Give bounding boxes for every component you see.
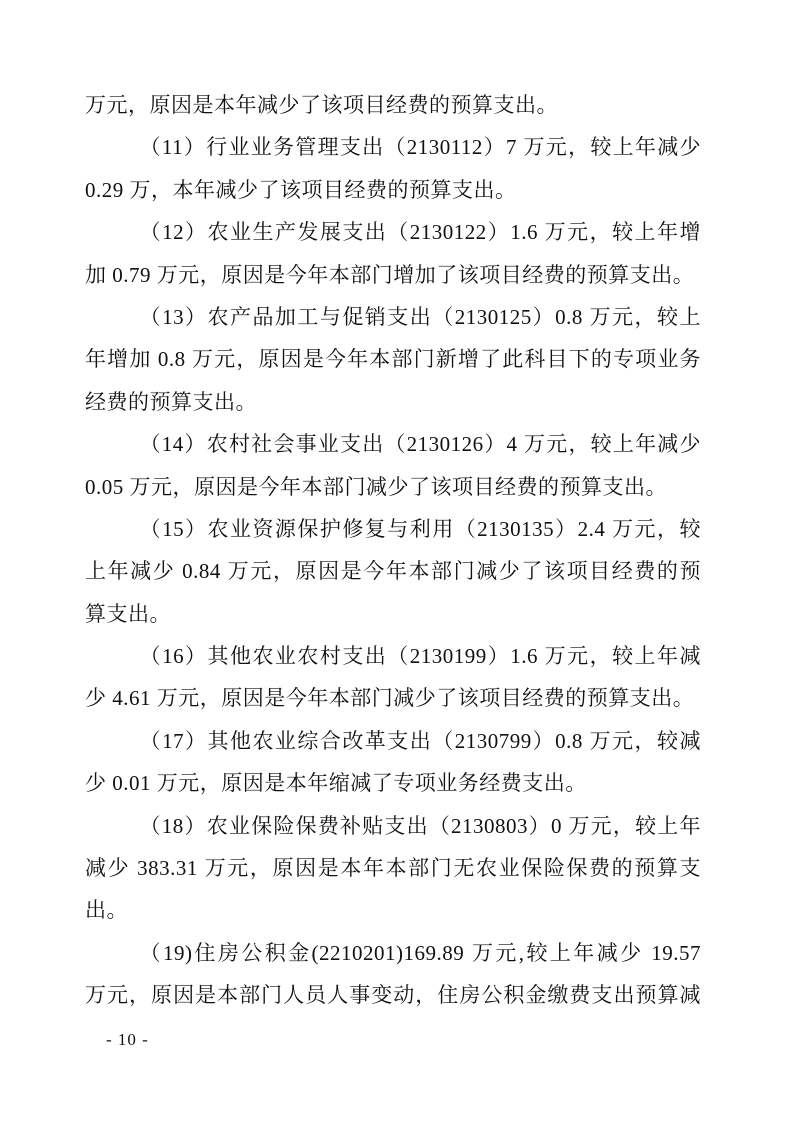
paragraph: （14）农村社会事业支出（2130126）4 万元，较上年减少0.05 万元，原… xyxy=(85,423,701,508)
text-line: 算支出。 xyxy=(85,593,701,635)
text-line: （13）农产品加工与促销支出（2130125）0.8 万元，较上 xyxy=(85,296,701,338)
document-body: 万元，原因是本年减少了该项目经费的预算支出。（11）行业业务管理支出（21301… xyxy=(85,84,701,1017)
text-line: （12）农业生产发展支出（2130122）1.6 万元，较上年增 xyxy=(85,211,701,253)
text-line: （17）其他农业综合改革支出（2130799）0.8 万元，较减 xyxy=(85,720,701,762)
text-line: （14）农村社会事业支出（2130126）4 万元，较上年减少 xyxy=(85,423,701,465)
document-page: 万元，原因是本年减少了该项目经费的预算支出。（11）行业业务管理支出（21301… xyxy=(0,0,793,1122)
paragraph: （16）其他农业农村支出（2130199）1.6 万元，较上年减少 4.61 万… xyxy=(85,635,701,720)
page-number: - 10 - xyxy=(106,1028,149,1052)
paragraph: （11）行业业务管理支出（2130112）7 万元，较上年减少0.29 万，本年… xyxy=(85,126,701,211)
text-line: 0.29 万，本年减少了该项目经费的预算支出。 xyxy=(85,169,701,211)
text-line: （15）农业资源保护修复与利用（2130135）2.4 万元，较 xyxy=(85,508,701,550)
paragraph: （15）农业资源保护修复与利用（2130135）2.4 万元，较上年减少 0.8… xyxy=(85,508,701,635)
text-line: 出。 xyxy=(85,889,701,931)
text-line: 少 0.01 万元，原因是本年缩减了专项业务经费支出。 xyxy=(85,762,701,804)
text-line: （19)住房公积金(2210201)169.89 万元,较上年减少 19.57 xyxy=(85,932,701,974)
text-line: 万元，原因是本部门人员人事变动，住房公积金缴费支出预算减 xyxy=(85,974,701,1016)
paragraph: 万元，原因是本年减少了该项目经费的预算支出。 xyxy=(85,84,701,126)
text-line: 上年减少 0.84 万元，原因是今年本部门减少了该项目经费的预 xyxy=(85,550,701,592)
text-line: （11）行业业务管理支出（2130112）7 万元，较上年减少 xyxy=(85,126,701,168)
paragraph: （13）农产品加工与促销支出（2130125）0.8 万元，较上年增加 0.8 … xyxy=(85,296,701,423)
text-line: 0.05 万元，原因是今年本部门减少了该项目经费的预算支出。 xyxy=(85,466,701,508)
text-line: 少 4.61 万元，原因是今年本部门减少了该项目经费的预算支出。 xyxy=(85,677,701,719)
text-line: 年增加 0.8 万元，原因是今年本部门新增了此科目下的专项业务 xyxy=(85,338,701,380)
paragraph: （18）农业保险保费补贴支出（2130803）0 万元，较上年减少 383.31… xyxy=(85,805,701,932)
text-line: （16）其他农业农村支出（2130199）1.6 万元，较上年减 xyxy=(85,635,701,677)
paragraph: （17）其他农业综合改革支出（2130799）0.8 万元，较减少 0.01 万… xyxy=(85,720,701,805)
paragraph: （19)住房公积金(2210201)169.89 万元,较上年减少 19.57万… xyxy=(85,932,701,1017)
text-line: 万元，原因是本年减少了该项目经费的预算支出。 xyxy=(85,84,701,126)
text-line: 经费的预算支出。 xyxy=(85,381,701,423)
text-line: （18）农业保险保费补贴支出（2130803）0 万元，较上年 xyxy=(85,805,701,847)
text-line: 加 0.79 万元，原因是今年本部门增加了该项目经费的预算支出。 xyxy=(85,254,701,296)
text-line: 减少 383.31 万元，原因是本年本部门无农业保险保费的预算支 xyxy=(85,847,701,889)
paragraph: （12）农业生产发展支出（2130122）1.6 万元，较上年增加 0.79 万… xyxy=(85,211,701,296)
